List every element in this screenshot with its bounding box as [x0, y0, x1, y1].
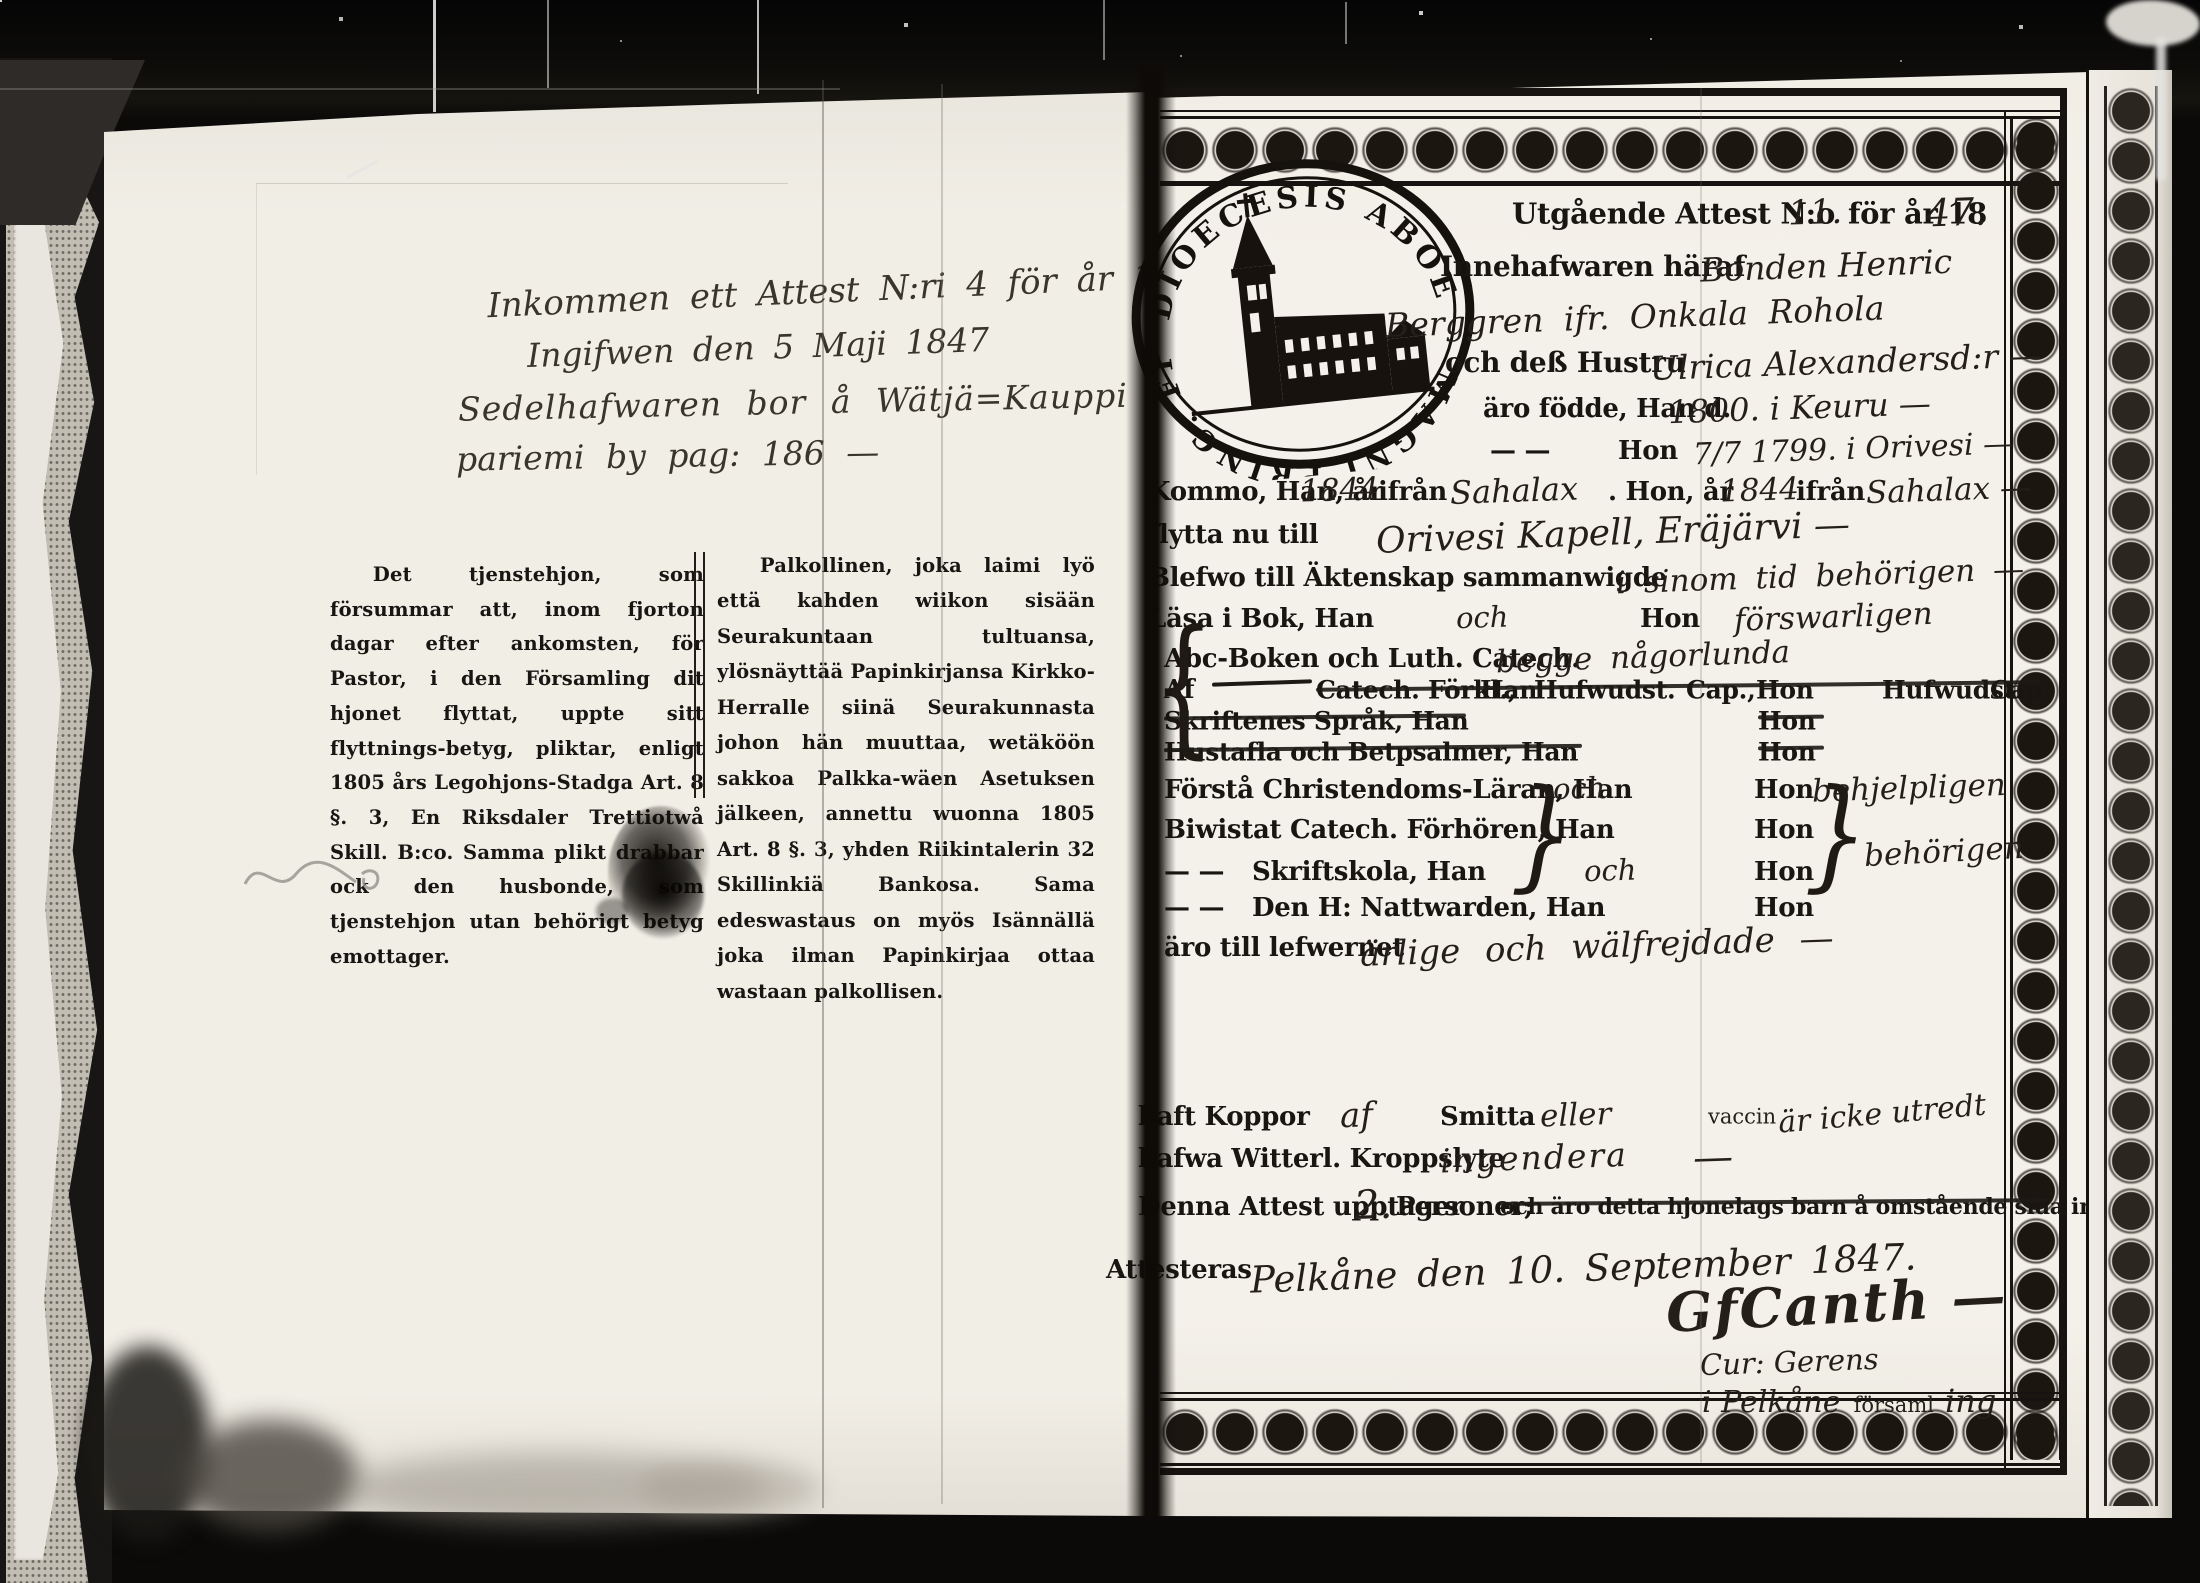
- handwritten-han-brace: }: [1510, 785, 1575, 885]
- handwritten-value: ingendera: [1439, 1138, 1628, 1178]
- bottom-smudge-2: [640, 1460, 820, 1516]
- signature-parish-suffix: ing: [1945, 1382, 1996, 1420]
- form-line-berggren: Berggren ifr. Onkala Rohola: [1148, 296, 2076, 340]
- struck-printed: Hustafla och Betpsalmer, Han: [1164, 740, 1578, 765]
- printed-label: ifrån: [1796, 479, 1865, 505]
- strike-line: [1758, 715, 1824, 719]
- handwritten-value: 1800. i Keuru —: [1668, 387, 1932, 428]
- bottom-blotch-mid: [182, 1420, 358, 1532]
- printed-label: Blefwo till Äktenskap sammanwigde: [1148, 565, 1667, 591]
- printed-label: Skriftskola, Han: [1252, 859, 1486, 885]
- handwritten-och: och: [1456, 602, 1509, 633]
- pencil-mark: [240, 842, 410, 912]
- next-page-rosette-border: [2104, 86, 2158, 1506]
- handwritten-value: 2.: [1353, 1185, 1393, 1226]
- printed-label: . Hon, år: [1608, 479, 1733, 505]
- handwritten-value: Ulrica Alexandersd:r —: [1650, 338, 2043, 385]
- binding-fold-shadow: [1126, 66, 1176, 1518]
- film-scratch-horizontal: [0, 88, 840, 90]
- ink-blot-spatter: [596, 898, 628, 924]
- handwritten-value: Sahalax —: [1866, 472, 2032, 509]
- handwritten-value: 1844: [1299, 474, 1379, 508]
- form-line-fodde-han: äro födde, Han d. 1800. i Keuru —: [1148, 387, 2076, 431]
- finnish-notice-paragraph: Palkollinen, joka laimi lyö että kahden …: [717, 548, 1095, 1009]
- handwritten-value: Berggren ifr. Onkala Rohola: [1385, 291, 1885, 341]
- form-line-flytta: flytta nu till Orivesi Kapell, Eräjärvi …: [1148, 513, 2076, 557]
- column-divider-inner: [703, 552, 705, 798]
- film-scratch: [1103, 0, 1105, 60]
- form-line-aktenskap: Blefwo till Äktenskap sammanwigde i sino…: [1148, 556, 2076, 600]
- handwritten-value: ärlige och wälfrejdade —: [1360, 921, 1835, 972]
- header-year-handwritten: 47.: [1925, 192, 1987, 232]
- form-line-kommo: Kommo, Han, år 1844 ifrån Sahalax . Hon,…: [1148, 470, 2076, 514]
- handwritten-value: i sinom tid behörigen —: [1616, 554, 2025, 599]
- form-line-lefwernet: äro till lefwernet ärlige och wälfrejdad…: [1148, 926, 2076, 970]
- signature-parish-line: i Pelkåne församl ing: [1702, 1382, 1996, 1420]
- slip-outline-top: [256, 183, 788, 184]
- form-line-christendoms: Förstå Christendoms-Läran, Han och Hon b…: [1148, 768, 2076, 812]
- signature-parish-handwritten: i Pelkåne: [1702, 1385, 1840, 1420]
- handwritten-value: Sahalax: [1449, 472, 1578, 508]
- archive-note-4: pariemi by pag: 186 —: [456, 432, 880, 478]
- form-line-hustru: och deß Hustru Ulrica Alexandersd:r —: [1148, 341, 2076, 385]
- handwritten-value: förswarligen: [1734, 599, 1934, 637]
- film-scratch: [547, 0, 549, 88]
- handwritten-value: eller: [1539, 1099, 1611, 1132]
- handwritten-value: 7/7 1799. i Orivesi —: [1693, 429, 2014, 470]
- next-page-edge-line: [2086, 70, 2089, 1518]
- slip-outline-left: [256, 183, 257, 475]
- form-line-koppor: haft Koppor af Smitta eller vaccin är ic…: [1148, 1095, 2076, 1139]
- right-page-crease: [1700, 88, 1702, 1463]
- signature-parish-printed: församl: [1854, 1393, 1934, 1417]
- signature-title: Cur: Gerens: [1699, 1342, 1879, 1382]
- form-line-upptager: Denna Attest upptager 2. Personer; och ä…: [1148, 1185, 2076, 1229]
- column-divider-outer: [694, 552, 696, 798]
- printed-label: Smitta: [1440, 1104, 1535, 1130]
- frame-top-heavy-rule: [1160, 88, 2066, 96]
- frame-top-thin-rule: [1160, 110, 2066, 112]
- printed-vaccin: vaccin: [1708, 1107, 1776, 1128]
- page-crease-left: [822, 80, 824, 1508]
- strike-line: [1758, 746, 1824, 750]
- handwritten-value: är icke utredt: [1777, 1091, 1987, 1139]
- handwritten-och: och: [1584, 855, 1637, 886]
- bottom-blotch-dark: [86, 1346, 210, 1542]
- header-number-handwritten: 11.: [1787, 195, 1842, 231]
- ink-blot-core: [622, 852, 704, 938]
- handwritten-value: Orivesi Kapell, Eräjärvi —: [1376, 507, 1851, 560]
- handwritten-dash: —: [1692, 1137, 1733, 1178]
- printed-hon: Hon: [1640, 606, 1700, 632]
- printed-hon: Hon: [1754, 777, 1814, 803]
- form-line-nattwarden: — — Den H: Nattwarden, Han Hon: [1148, 886, 2076, 930]
- finnish-notice-text: Palkollinen, joka laimi lyö että kahden …: [717, 548, 1095, 1009]
- scanned-church-record: Inkommen ett Attest N:ri 4 för år 1847. …: [0, 0, 2200, 1583]
- film-scratch: [1345, 2, 1347, 44]
- film-scratch: [433, 0, 436, 112]
- page-crease-mid: [941, 84, 943, 1504]
- film-scratch: [757, 0, 759, 94]
- film-scratch: [2156, 38, 2166, 180]
- header-printed-left: Utgående Attest N:o: [1512, 200, 1835, 229]
- printed-dashes: — —: [1490, 438, 1550, 464]
- frame-bottom-heavy-rule: [1160, 1468, 2066, 1475]
- form-line-fodde-hon: — — Hon 7/7 1799. i Orivesi —: [1148, 429, 2076, 473]
- film-specks: [0, 0, 2, 2]
- form-line-lasa: Läsa i Bok, Han och Hon förswarligen: [1148, 597, 2076, 641]
- form-line-kroppslyte: hafwa Witterl. Kroppslyte ingendera —: [1148, 1137, 2076, 1181]
- form-header-line: Utgående Attest N:o 11. för år 18 47.: [1148, 192, 2076, 236]
- printed-label: Hon: [1618, 438, 1678, 464]
- handwritten-value: af: [1339, 1098, 1373, 1133]
- printed-label: ifrån: [1378, 479, 1447, 505]
- handwritten-hon-brace: }: [1804, 785, 1869, 885]
- form-line-innehafwaren: Innehafwaren häraf Bonden Henric: [1148, 245, 2076, 289]
- handwritten-value: 1844: [1719, 474, 1799, 508]
- handwritten-value: Bonden Henric: [1700, 245, 1953, 287]
